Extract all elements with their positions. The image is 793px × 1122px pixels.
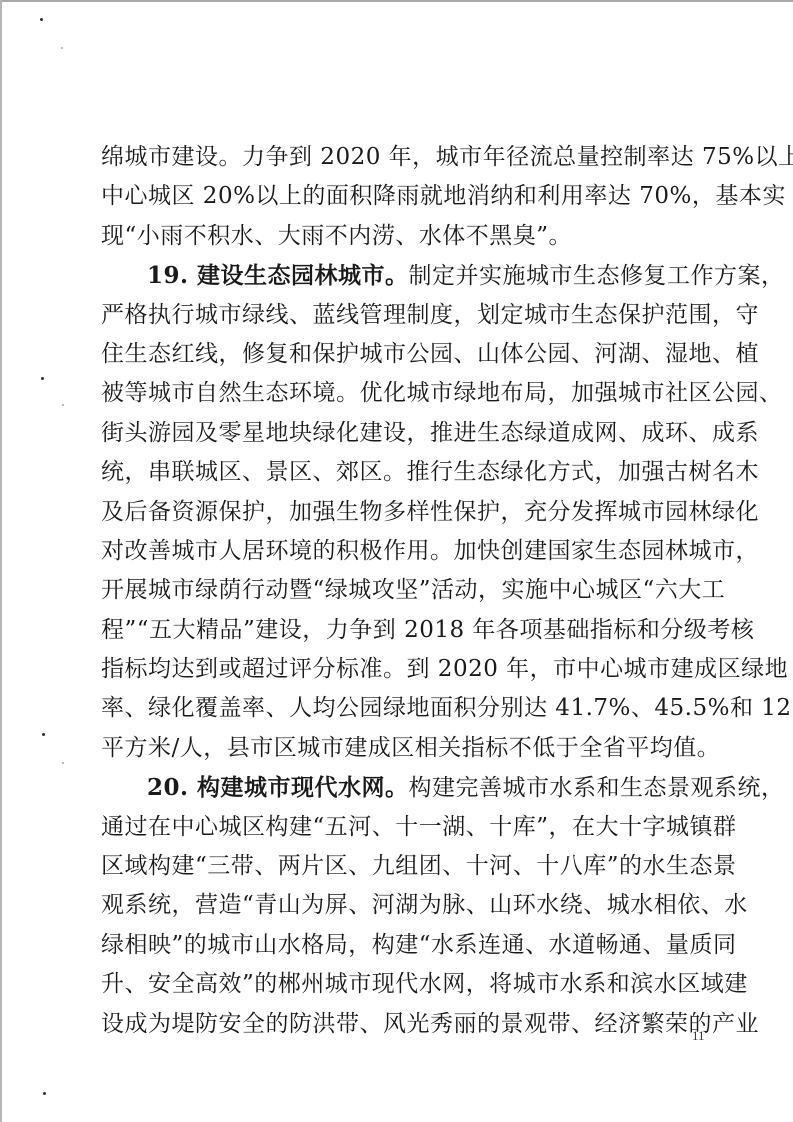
- text-line: 及后备资源保护，加强生物多样性保护，充分发挥城市园林绿化: [101, 493, 709, 532]
- scan-speck: [61, 47, 63, 49]
- scan-speck: [42, 733, 45, 736]
- text-line: 开展城市绿荫行动暨“绿城攻坚”活动，实施中心城区“六大工: [101, 571, 709, 610]
- text-line: 升、安全高效”的郴州城市现代水网，将城市水系和滨水区域建: [101, 965, 709, 1004]
- section-heading-19: 19. 建设生态园林城市。: [147, 262, 409, 289]
- text-line: 程”“五大精品”建设，力争到 2018 年各项基础指标和分级考核: [101, 611, 709, 650]
- paragraph-sponge-city-continued: 绵城市建设。力争到 2020 年，城市年径流总量控制率达 75%以上， 中心城区…: [101, 138, 709, 256]
- text-line: 被等城市自然生态环境。优化城市绿地布局，加强城市社区公园、: [101, 374, 709, 413]
- text-line: 住生态红线，修复和保护城市公园、山体公园、河湖、湿地、植: [101, 335, 709, 374]
- page-number: 11: [692, 1028, 705, 1044]
- text-line: 设成为堤防安全的防洪带、风光秀丽的景观带、经济繁荣的产业: [101, 1005, 709, 1044]
- section-heading-20: 20. 构建城市现代水网。: [147, 774, 409, 801]
- text-line: 率、绿化覆盖率、人均公园绿地面积分别达 41.7%、45.5%和 12.6: [101, 689, 709, 728]
- text-run: 构建完善城市水系和生态景观系统，: [409, 775, 785, 801]
- text-line: 20. 构建城市现代水网。构建完善城市水系和生态景观系统，: [101, 768, 709, 807]
- text-line: 严格执行城市绿线、蓝线管理制度，划定城市生态保护范围，守: [101, 296, 709, 335]
- text-line: 通过在中心城区构建“五河、十一湖、十库”，在大十字城镇群: [101, 808, 709, 847]
- text-line: 中心城区 20%以上的面积降雨就地消纳和利用率达 70%，基本实: [101, 177, 709, 216]
- text-line: 统，串联城区、景区、郊区。推行生态绿化方式，加强古树名木: [101, 453, 709, 492]
- scan-speck: [62, 404, 64, 406]
- paragraph-19-ecological-garden-city: 19. 建设生态园林城市。制定并实施城市生态修复工作方案， 严格执行城市绿线、蓝…: [101, 256, 709, 768]
- scan-edge-left: [0, 0, 2, 1122]
- paragraph-20-modern-water-network: 20. 构建城市现代水网。构建完善城市水系和生态景观系统， 通过在中心城区构建“…: [101, 768, 709, 1044]
- text-line: 绵城市建设。力争到 2020 年，城市年径流总量控制率达 75%以上，: [101, 138, 709, 177]
- text-line: 观系统，营造“青山为屏、河湖为脉、山环水绕、城水相依、水: [101, 886, 709, 925]
- text-line: 街头游园及零星地块绿化建设，推进生态绿道成网、成环、成系: [101, 414, 709, 453]
- document-body: 绵城市建设。力争到 2020 年，城市年径流总量控制率达 75%以上， 中心城区…: [101, 138, 709, 1044]
- scan-speck: [62, 762, 64, 764]
- scan-edge-top: [0, 0, 793, 2]
- scan-speck: [43, 1092, 46, 1095]
- text-line: 现“小雨不积水、大雨不内涝、水体不黑臭”。: [101, 217, 709, 256]
- text-line: 平方米/人，县市区城市建成区相关指标不低于全省平均值。: [101, 729, 709, 768]
- text-line: 指标均达到或超过评分标准。到 2020 年，市中心城市建成区绿地: [101, 650, 709, 689]
- text-line: 19. 建设生态园林城市。制定并实施城市生态修复工作方案，: [101, 256, 709, 295]
- scan-speck: [41, 377, 44, 380]
- text-line: 对改善城市人居环境的积极作用。加快创建国家生态园林城市，: [101, 532, 709, 571]
- text-line: 绿相映”的城市山水格局，构建“水系连通、水道畅通、量质同: [101, 926, 709, 965]
- scan-speck: [40, 18, 43, 21]
- text-run: 制定并实施城市生态修复工作方案，: [409, 263, 785, 289]
- text-line: 区域构建“三带、两片区、九组团、十河、十八库”的水生态景: [101, 847, 709, 886]
